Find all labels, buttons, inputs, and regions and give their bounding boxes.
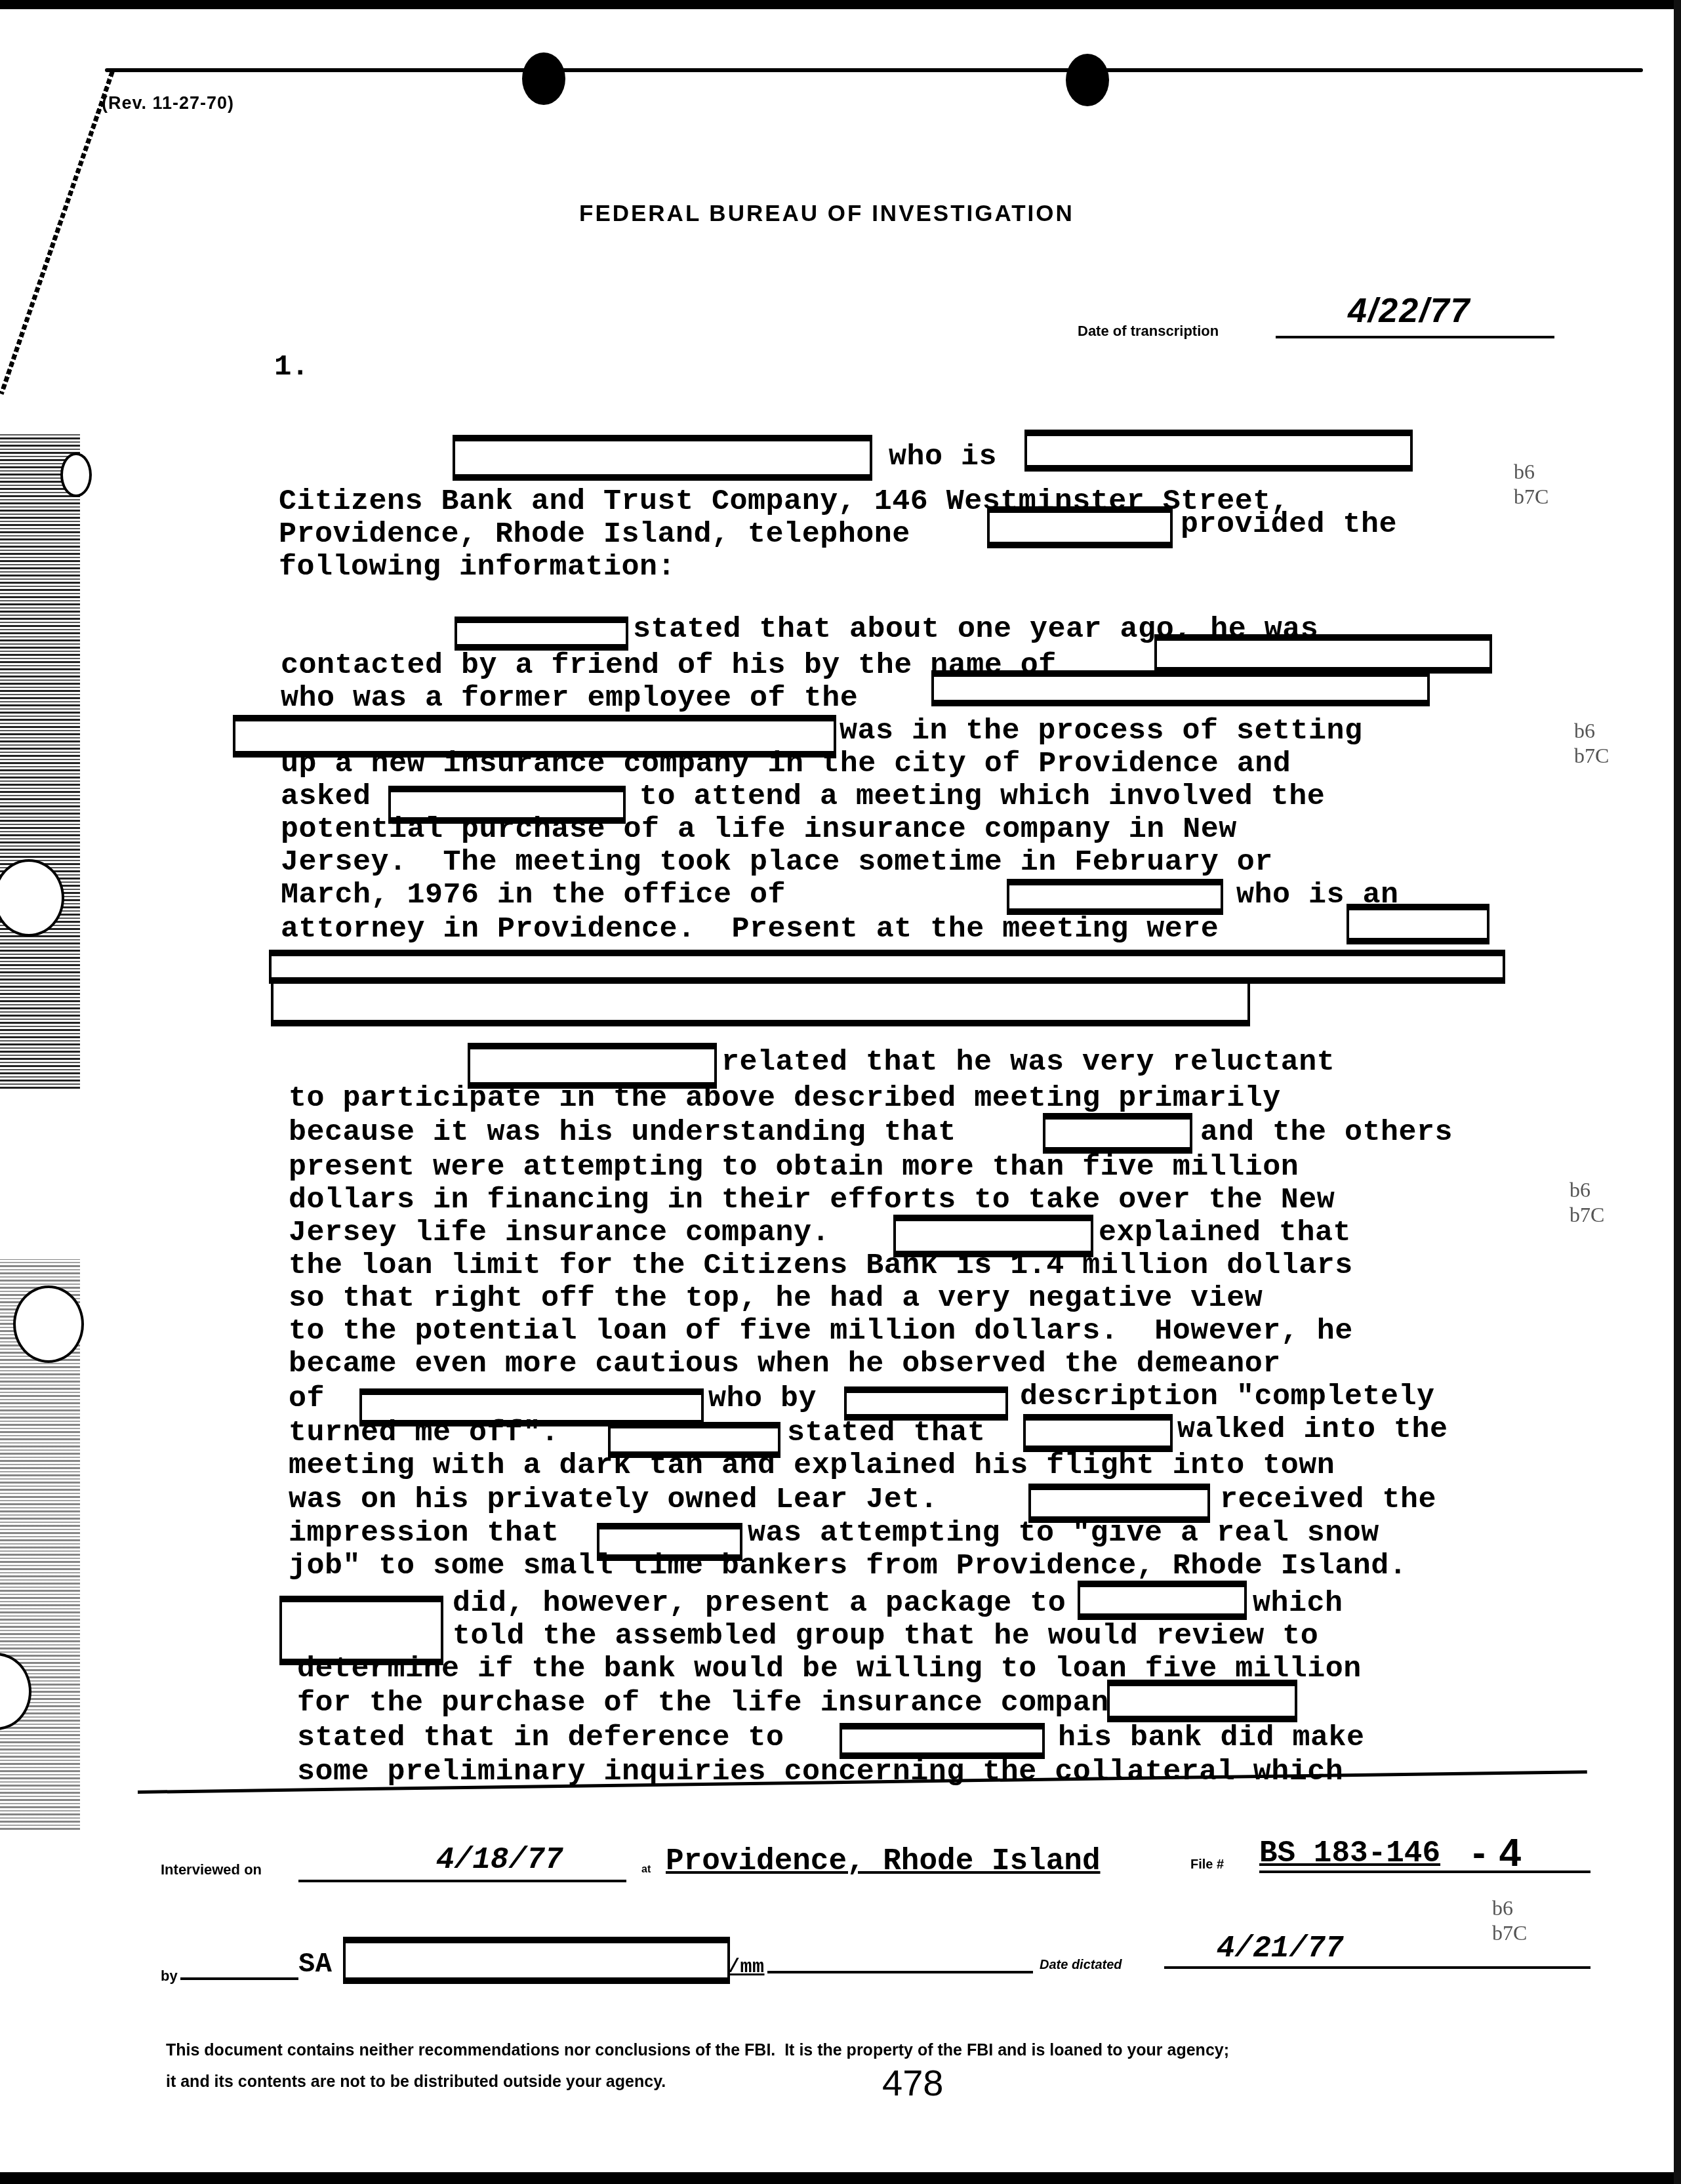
interview-location: Providence, Rhode Island [666, 1844, 1101, 1878]
body-line: received the [1220, 1484, 1436, 1516]
exemption-codes: b6b7C [1574, 718, 1609, 768]
file-number-line [1259, 1871, 1590, 1873]
paragraph-number: 1. [274, 351, 309, 384]
transcription-date-line [1276, 336, 1554, 338]
body-line: turned me off". [289, 1417, 559, 1449]
body-line: his bank did make [1058, 1722, 1365, 1754]
form-revision: (Rev. 11-27-70) [102, 93, 234, 113]
punch-hole-left-icon [522, 52, 565, 105]
body-line: provided the [1181, 508, 1397, 541]
interviewed-on-line [298, 1880, 626, 1882]
body-line: and the others [1200, 1116, 1453, 1149]
body-line: who was a former employee of the [281, 682, 858, 715]
date-dictated-label: Date dictated [1040, 1958, 1122, 1973]
exemption-codes: b6b7C [1514, 459, 1549, 509]
body-line: was in the process of setting [840, 715, 1363, 748]
by-label: by [161, 1968, 178, 1985]
body-line: walked into the [1177, 1413, 1448, 1446]
body-line: Providence, Rhode Island, telephone [279, 518, 910, 551]
redaction-box [453, 435, 872, 481]
body-line: explained that [1099, 1217, 1351, 1249]
date-dictated-line [1164, 1966, 1590, 1969]
redaction-box [1023, 1414, 1173, 1452]
form-top-edge [105, 68, 1643, 72]
punch-hole-right-icon [1066, 54, 1109, 106]
agent-prefix: SA [298, 1948, 332, 1981]
body-line: stated that in deference to [297, 1722, 784, 1754]
body-line: who by [708, 1383, 817, 1415]
body-line: potential purchase of a life insurance c… [281, 813, 1237, 846]
agency-title: FEDERAL BUREAU OF INVESTIGATION [579, 201, 1074, 227]
body-line: impression that [289, 1517, 559, 1550]
file-number: BS 183-146 [1259, 1836, 1440, 1871]
body-line: meeting with a dark tan and explained hi… [289, 1449, 1335, 1482]
at-label: at [641, 1864, 651, 1876]
scan-border-top [0, 0, 1681, 9]
body-line: attorney in Providence. Present at the m… [281, 913, 1219, 946]
scan-border-right [1674, 0, 1681, 2184]
redaction-box [1024, 430, 1413, 472]
exemption-codes: b6b7C [1492, 1895, 1527, 1945]
body-line: description "completely [1020, 1381, 1435, 1413]
redaction-box [987, 506, 1173, 548]
redaction-box [1007, 879, 1223, 915]
form-folded-corner [0, 71, 115, 395]
redaction-box [1078, 1581, 1247, 1620]
body-line: so that right off the top, he had a very… [289, 1282, 1263, 1315]
body-line: to attend a meeting which involved the [639, 780, 1325, 813]
redaction-box [840, 1723, 1045, 1759]
exemption-codes: b6b7C [1570, 1177, 1604, 1227]
redaction-box [1107, 1680, 1297, 1722]
agent-name-redaction [343, 1937, 730, 1984]
body-line: the loan limit for the Citizens Bank is … [289, 1249, 1353, 1282]
typist-initials: /mm [728, 1951, 765, 1984]
redaction-box [455, 617, 628, 651]
body-line: to participate in the above described me… [289, 1082, 1281, 1115]
body-line: of [289, 1383, 325, 1415]
body-line: March, 1976 in the office of [281, 879, 786, 912]
redaction-box [1347, 904, 1489, 944]
page-number: 478 [882, 2061, 943, 2104]
body-line: because it was his understanding that [289, 1116, 956, 1149]
date-of-transcription: 4/22/77 [1348, 291, 1471, 331]
date-dictated: 4/21/77 [1217, 1931, 1343, 1966]
body-line: present were attempting to obtain more t… [289, 1151, 1299, 1184]
redaction-box [1154, 634, 1492, 674]
body-line: related that he was very reluctant [721, 1046, 1335, 1079]
interviewed-on-label: Interviewed on [161, 1861, 262, 1878]
body-line: who is [889, 441, 997, 474]
redaction-box [271, 977, 1250, 1026]
scan-border-bottom [0, 2172, 1681, 2184]
body-line: Jersey. The meeting took place sometime … [281, 846, 1273, 879]
body-line: became even more cautious when he observ… [289, 1348, 1281, 1381]
date-of-transcription-label: Date of transcription [1078, 323, 1219, 340]
body-line: for the purchase of the life insurance c… [297, 1687, 1145, 1720]
body-line: asked [281, 780, 371, 813]
body-line: to the potential loan of five million do… [289, 1315, 1353, 1348]
body-line: did, however, present a package to [453, 1587, 1066, 1620]
interviewed-on-date: 4/18/77 [436, 1843, 563, 1877]
disclaimer-line-1: This document contains neither recommend… [166, 2041, 1229, 2060]
body-line: was attempting to "give a real snow [748, 1517, 1379, 1550]
body-line: told the assembled group that he would r… [453, 1620, 1318, 1653]
redaction-box [931, 670, 1430, 706]
redaction-box [1043, 1113, 1192, 1154]
file-serial: - 4 [1472, 1830, 1522, 1875]
body-line: Jersey life insurance company. [289, 1217, 830, 1249]
body-line: following information: [279, 551, 676, 584]
body-line: which [1253, 1587, 1343, 1620]
binder-strip-upper [0, 433, 80, 1089]
body-line: up a new insurance company in the city o… [281, 748, 1291, 780]
body-line: dollars in financing in their efforts to… [289, 1184, 1335, 1217]
disclaimer-line-2: it and its contents are not to be distri… [166, 2073, 666, 2092]
by-line [180, 1977, 298, 1980]
by-trailing-line [767, 1971, 1033, 1973]
file-number-label: File # [1190, 1857, 1224, 1872]
body-line: stated that [787, 1417, 986, 1449]
body-line: job" to some small time bankers from Pro… [289, 1550, 1407, 1583]
binder-notch-icon [60, 453, 92, 497]
binder-hole-icon [13, 1285, 84, 1363]
body-line: was on his privately owned Lear Jet. [289, 1484, 938, 1516]
